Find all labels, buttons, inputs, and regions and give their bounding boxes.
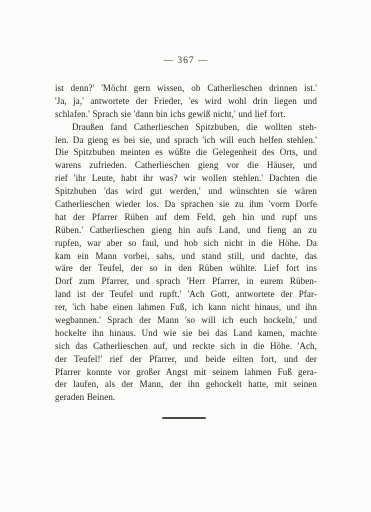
text-line: schlafen.' Sprach sie 'dann bin ichs gew… <box>55 108 317 121</box>
text-line: der Teufel!' rief der Pfarrer, und beide… <box>55 353 317 366</box>
text-line: Pfarrer konnte vor großer Angst mit sein… <box>55 366 317 379</box>
section-divider <box>162 417 206 419</box>
text-line: land ist der Teufel und rupft.' 'Ach Got… <box>55 288 317 301</box>
text-line: wäre der Teufel, der so in den Rüben wüh… <box>55 262 317 275</box>
text-line: kam ein Mann vorbei, sahs, und stand sti… <box>55 250 317 263</box>
text-line: warens zufrieden. Catherlieschen gieng v… <box>55 159 317 172</box>
text-line: 'Ja, ja,' antwortete der Frieder, 'es wi… <box>55 95 317 108</box>
text-line: Die Spitzbuben meinten es wüßte die Gele… <box>55 146 317 159</box>
text-line: rief 'ihr Leute, habt ihr was? wir wolle… <box>55 172 317 185</box>
text-line: hockelte ihn hinaus. Und wie sie bei das… <box>55 327 317 340</box>
text-line: Spitzbuben 'das wird gut werden,' und wü… <box>55 185 317 198</box>
text-line: rer, 'ich habe einen lahmen Fuß, ich kan… <box>55 301 317 314</box>
text-line: Draußen fand Catherlieschen Spitzbuben, … <box>55 121 317 134</box>
text-line: Dorf zum Pfarrer, und sprach 'Herr Pfarr… <box>55 275 317 288</box>
text-line: rupfen, war aber so faul, und hob sich n… <box>55 237 317 250</box>
book-page: — 367 — ist denn?' 'Möcht gern wissen, o… <box>0 0 371 512</box>
page-number: — 367 — <box>55 56 317 66</box>
text-line: len. Da gieng es bei sie, und sprach 'ic… <box>55 134 317 147</box>
text-line: Catherlieschen wieder los. Da sprachen s… <box>55 198 317 211</box>
text-line: Rüben.' Catherlieschen gieng hin aufs La… <box>55 224 317 237</box>
text-line: wegbannen.' Sprach der Mann 'so will ich… <box>55 314 317 327</box>
text-line: geraden Beinen. <box>55 391 317 404</box>
body-text: ist denn?' 'Möcht gern wissen, ob Cather… <box>55 82 317 404</box>
text-line: sich das Catherlieschen auf, und reckte … <box>55 340 317 353</box>
text-line: ist denn?' 'Möcht gern wissen, ob Cather… <box>55 82 317 95</box>
text-line: der laufen, als der Mann, der ihn gehock… <box>55 378 317 391</box>
text-line: hat der Pfarrer Rüben auf dem Feld, geh … <box>55 211 317 224</box>
